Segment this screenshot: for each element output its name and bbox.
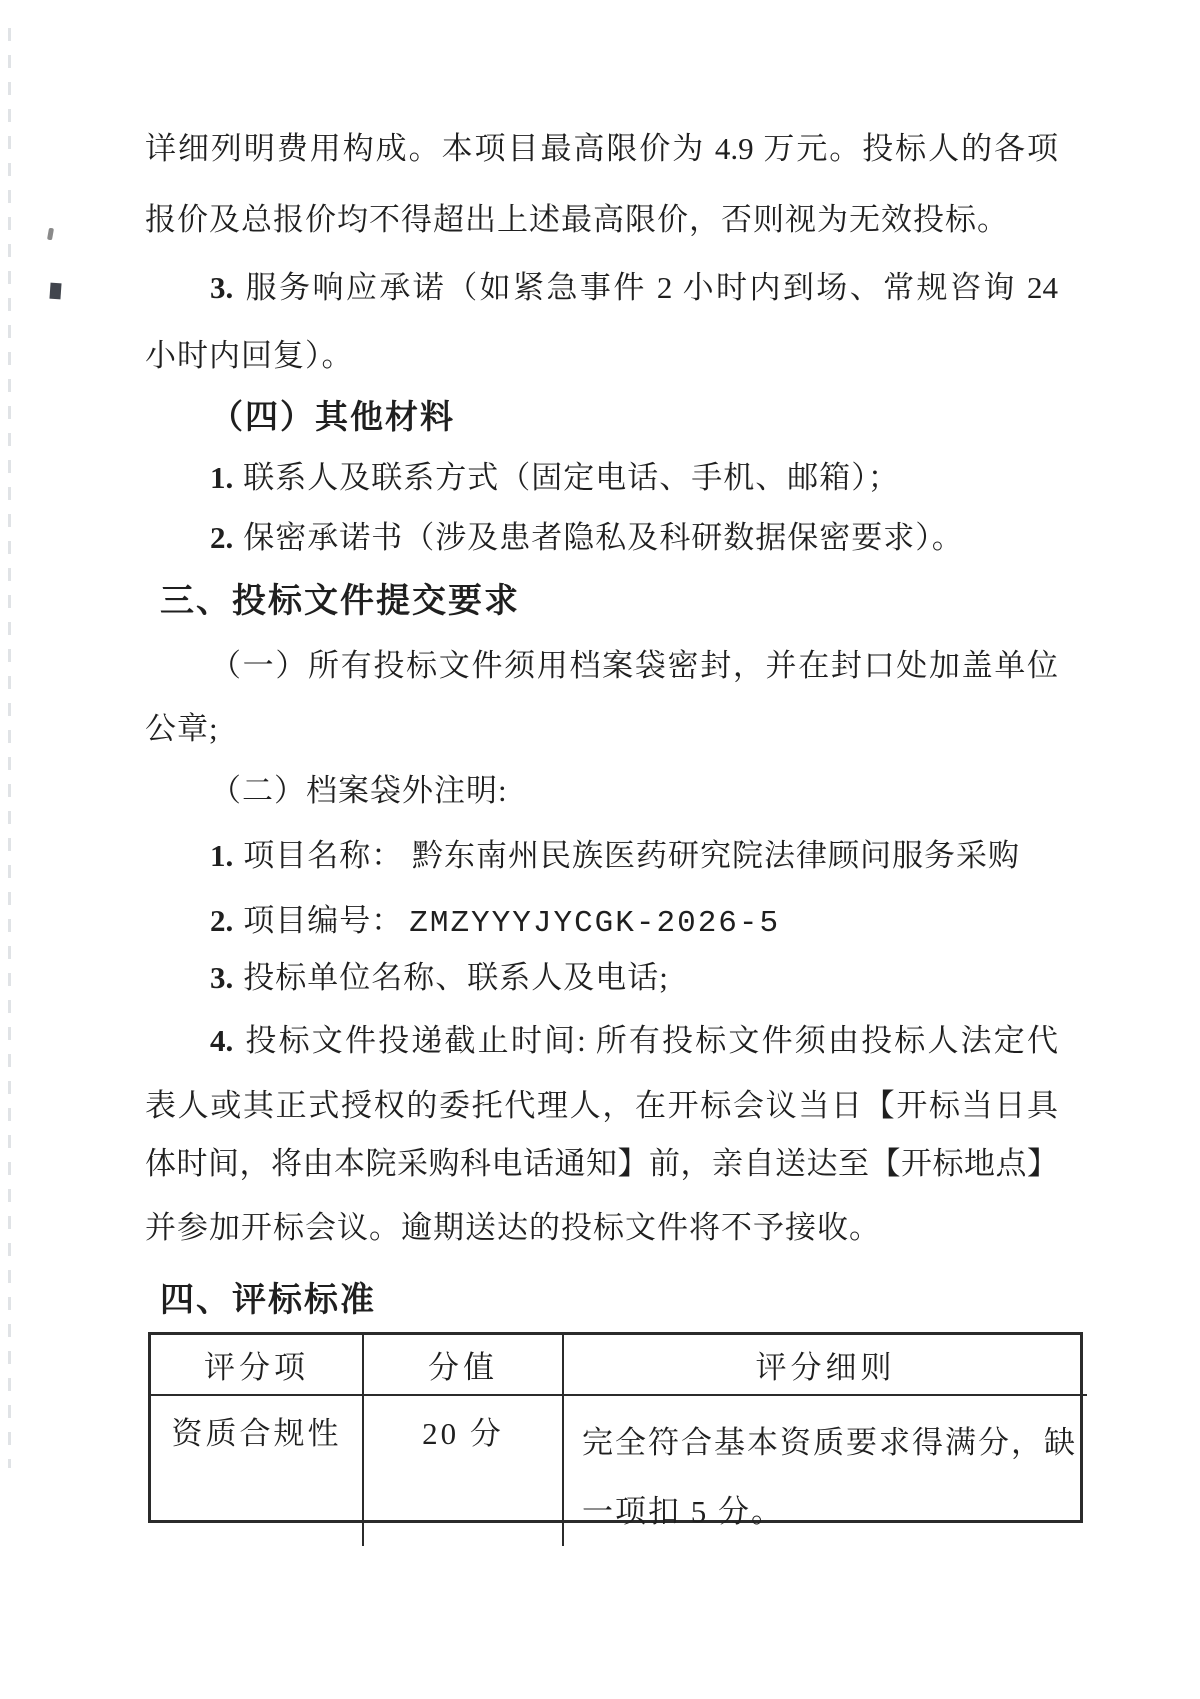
list-text: 投标文件投递截止时间: 所有投标文件须由投标人法定代	[243, 1023, 1058, 1058]
list-item-project-name: 1.项目名称： 黔东南州民族医药研究院法律顾问服务采购	[210, 834, 1058, 878]
paragraph-line: 体时间，将由本院采购科电话通知】前，亲自送达至【开标地点】	[145, 1142, 1058, 1186]
list-text: 保密承诺书（涉及患者隐私及科研数据保密要求）。	[243, 520, 964, 555]
table-detail-line: 一项扣 5 分。	[582, 1477, 1077, 1546]
list-label: 项目编号：	[243, 903, 403, 938]
paragraph-line: 公章;	[145, 707, 1058, 751]
list-item-deadline: 4.投标文件投递截止时间: 所有投标文件须由投标人法定代	[210, 1019, 1058, 1063]
paragraph-line: 小时内回复）。	[145, 334, 1058, 378]
scanned-document-page: 详细列明费用构成。本项目最高限价为 4.9 万元。投标人的各项 报价及总报价均不…	[0, 0, 1200, 1699]
paragraph-line: （二）档案袋外注明:	[210, 769, 1058, 813]
evaluation-criteria-table: 评分项 分值 评分细则 资质合规性 20 分 完全符合基本资质要求得满分，缺 一…	[148, 1332, 1083, 1523]
paragraph-line: 详细列明费用构成。本项目最高限价为 4.9 万元。投标人的各项	[145, 127, 1058, 171]
list-number: 2.	[210, 903, 233, 938]
table-cell-detail: 完全符合基本资质要求得满分，缺 一项扣 5 分。	[564, 1396, 1087, 1546]
list-text: 投标单位名称、联系人及电话;	[243, 960, 669, 995]
list-text: 服务响应承诺（如紧急事件 2 小时内到场、常规咨询 24	[243, 270, 1058, 305]
list-item-service-response: 3.服务响应承诺（如紧急事件 2 小时内到场、常规咨询 24	[210, 266, 1058, 310]
list-item-contact-info: 1.联系人及联系方式（固定电话、手机、邮箱）；	[210, 456, 1058, 500]
list-item-project-number: 2.项目编号：ZMZYYYJYCGK-2026-5	[210, 899, 1058, 946]
paragraph-line: （一）所有投标文件须用档案袋密封，并在封口处加盖单位	[210, 644, 1058, 688]
table-header-detail: 评分细则	[564, 1335, 1087, 1396]
list-text: 联系人及联系方式（固定电话、手机、邮箱）；	[243, 460, 900, 495]
table-cell-item: 资质合规性	[151, 1396, 364, 1546]
paragraph-line: 并参加开标会议。逾期送达的投标文件将不予接收。	[145, 1206, 1058, 1250]
section-heading-submission-requirements: 三、投标文件提交要求	[160, 579, 1073, 623]
list-item-bidder-info: 3.投标单位名称、联系人及电话;	[210, 956, 1058, 1000]
paragraph-line: 报价及总报价均不得超出上述最高限价，否则视为无效投标。	[145, 198, 1058, 242]
list-text: 项目名称： 黔东南州民族医药研究院法律顾问服务采购	[243, 838, 1020, 873]
table-detail-line: 完全符合基本资质要求得满分，缺	[582, 1408, 1077, 1477]
list-number: 1.	[210, 838, 233, 873]
scan-artifact-speck-dark	[49, 283, 61, 300]
subsection-heading-other-materials: （四）其他材料	[210, 396, 1058, 440]
list-number: 4.	[210, 1023, 233, 1058]
scan-artifact-speck-small	[47, 228, 54, 241]
list-item-confidentiality: 2.保密承诺书（涉及患者隐私及科研数据保密要求）。	[210, 516, 1058, 560]
table-header-score: 分值	[364, 1335, 564, 1396]
paragraph-line: 表人或其正式授权的委托代理人，在开标会议当日【开标当日具	[145, 1084, 1058, 1128]
list-number: 1.	[210, 460, 233, 495]
list-number: 3.	[210, 270, 233, 305]
table-cell-score: 20 分	[364, 1396, 564, 1546]
table-header-item: 评分项	[151, 1335, 364, 1396]
section-heading-evaluation-criteria: 四、评标标准	[160, 1278, 1073, 1322]
list-number: 3.	[210, 960, 233, 995]
scan-artifact-left-streak	[8, 28, 11, 1468]
list-number: 2.	[210, 520, 233, 555]
project-number-code: ZMZYYYJYCGK-2026-5	[409, 906, 780, 941]
